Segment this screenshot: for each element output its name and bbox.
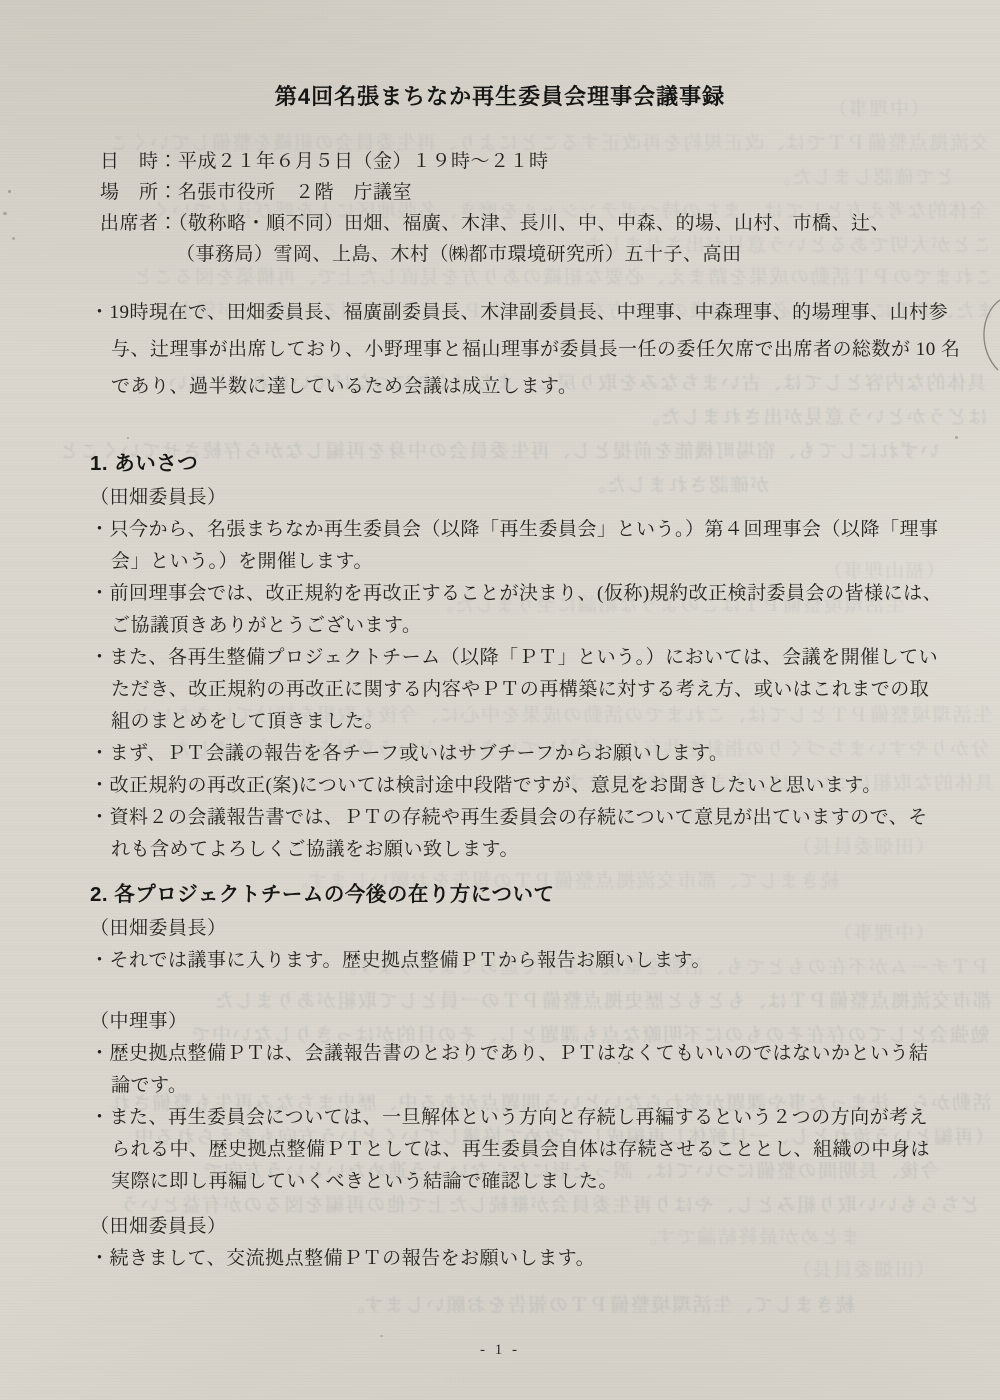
- minutes-bullet: ・続きまして、交流拠点整備ＰＴの報告をお願いします。: [90, 1243, 946, 1275]
- minutes-bullet: ・改正規約の再改正(案)については検討途中段階ですが、意見をお聞きしたいと思いま…: [90, 770, 946, 802]
- scan-speck: [380, 1335, 383, 1337]
- minutes-bullet: ・まず、ＰＴ会議の報告を各チーフ或いはサブチーフからお願いします。: [90, 738, 946, 770]
- scan-speck: [955, 436, 958, 439]
- minutes-bullet: ・それでは議事に入ります。歴史拠点整備ＰＴから報告お願いします。: [90, 945, 946, 977]
- speaker-line: （田畑委員長）: [90, 481, 946, 514]
- minutes-bullet: ・前回理事会では、改正規約を再改正することが決まり、(仮称)規約改正検討委員会の…: [90, 578, 946, 642]
- document-title: 第4回名張まちなか再生委員会理事会議事録: [0, 80, 1000, 111]
- meeting-meta: 日 時：平成２１年６月５日（金）１９時～２１時 場 所：名張市役所 ２階 庁議室…: [100, 146, 960, 270]
- minutes-bullet: ・また、再生委員会については、一旦解体という方向と存続し再編するという２つの方向…: [90, 1102, 946, 1198]
- speaker-line: （中理事）: [90, 1005, 946, 1038]
- meta-attendees-cont: （事務局）雪岡、上島、木村（㈱都市環境研究所）五十子、高田: [100, 239, 960, 270]
- scan-speck: [8, 190, 11, 193]
- minutes-bullet: ・また、各再生整備プロジェクトチーム（以降「ＰＴ」という。）においては、会議を開…: [90, 642, 946, 738]
- bleedthrough-text: 続きまして、生活環境整備ＰＴの報告をお願いします。: [344, 1290, 855, 1317]
- scan-speck: [3, 212, 7, 215]
- section2-heading: 2. 各プロジェクトチームの今後の在り方について: [90, 878, 946, 912]
- minutes-bullet: ・只今から、名張まちなか再生委員会（以降「再生委員会」という。）第４回理事会（以…: [90, 514, 946, 578]
- paper-curl-mark: [976, 298, 1000, 372]
- meta-location: 場 所：名張市役所 ２階 庁議室: [100, 177, 960, 208]
- bleedthrough-text: はどうかという意見が出されました。: [639, 402, 988, 429]
- quorum-note: ・19時現在で、田畑委員長、福廣副委員長、木津副委員長、中理事、中森理事、的場理…: [90, 294, 963, 405]
- page-number: - 1 -: [0, 1342, 1000, 1359]
- speaker-line: （田畑委員長）: [90, 1210, 946, 1243]
- scanned-meeting-minutes-page: （中理事） 交流拠点整備ＰＴでは、改正規約を再改正することにより、再生委員会の組…: [0, 0, 1000, 1400]
- scan-speck: [12, 237, 15, 240]
- meta-datetime: 日 時：平成２１年６月５日（金）１９時～２１時: [100, 146, 960, 177]
- minutes-bullet: ・資料２の会議報告書では、ＰＴの存続や再生委員会の存続について意見が出ていますの…: [90, 802, 946, 866]
- section1-heading: 1. あいさつ: [90, 447, 946, 481]
- minutes-body: 1. あいさつ （田畑委員長） ・只今から、名張まちなか再生委員会（以降「再生委…: [90, 447, 946, 1275]
- minutes-bullet: ・歴史拠点整備ＰＴは、会議報告書のとおりであり、ＰＴはなくてもいいのではないかと…: [90, 1038, 946, 1102]
- meta-attendees: 出席者：（敬称略・順不同）田畑、福廣、木津、長川、中、中森、的場、山村、市橋、辻…: [100, 208, 960, 239]
- speaker-line: （田畑委員長）: [90, 912, 946, 945]
- scan-speck: [127, 437, 129, 439]
